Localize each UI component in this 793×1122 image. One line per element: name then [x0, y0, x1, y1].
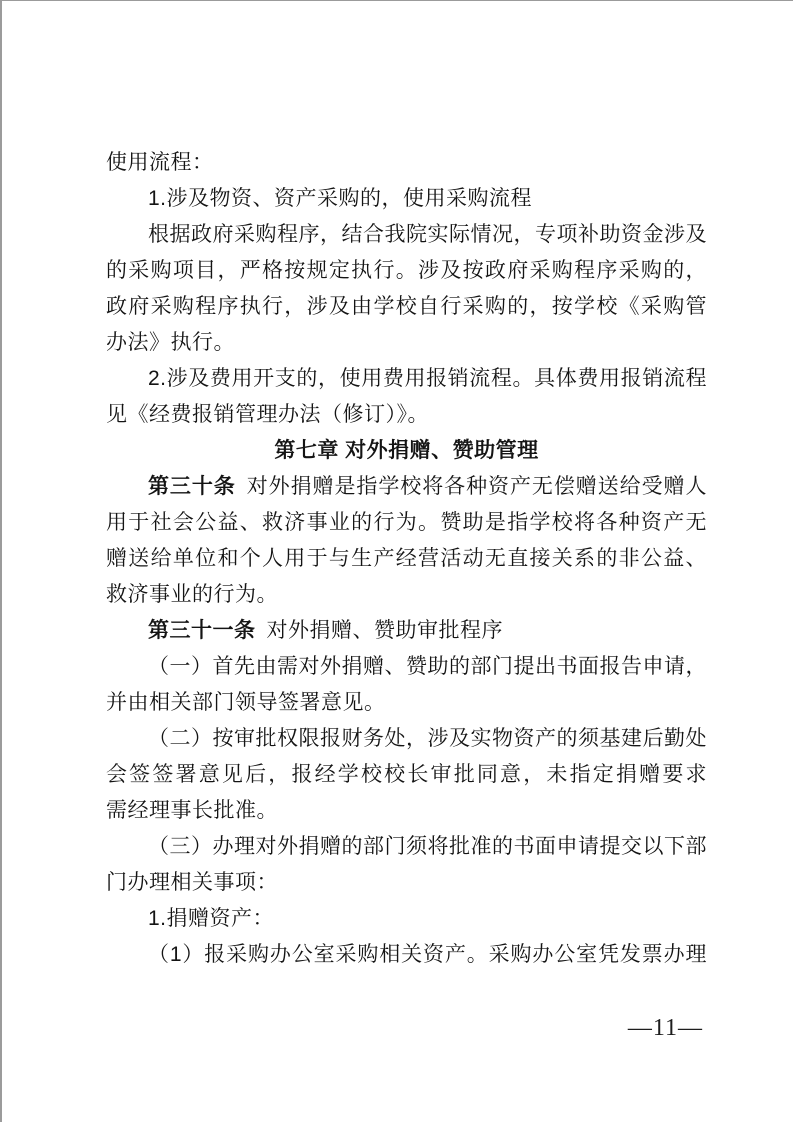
document-body: 使用流程：1.涉及物资、资产采购的，使用采购流程根据政府采购程序，结合我院实际情…: [106, 145, 707, 973]
text-line: 1.涉及物资、资产采购的，使用采购流程: [106, 181, 707, 217]
article-number: 第三十条: [148, 475, 236, 498]
text-line: 办法》执行。: [106, 325, 707, 361]
text-line: 并由相关部门领导签署意见。: [106, 685, 707, 721]
page-number: —11—: [628, 1013, 703, 1043]
text-line: 用于社会公益、救济事业的行为。赞助是指学校将各种资产无偿: [106, 505, 707, 541]
text-line: 第三十条对外捐赠是指学校将各种资产无偿赠送给受赠人: [106, 469, 707, 505]
text-line: 1.捐赠资产：: [106, 901, 707, 937]
text-line: 政府采购程序执行，涉及由学校自行采购的，按学校《采购管理: [106, 289, 707, 325]
article-number: 第三十一条: [148, 619, 256, 642]
text-line: 使用流程：: [106, 145, 707, 181]
text-line: 会签签署意见后，报经学校校长审批同意，未指定捐赠要求的，: [106, 757, 707, 793]
text-line: 根据政府采购程序，结合我院实际情况，专项补助资金涉及: [106, 217, 707, 253]
text-line: 门办理相关事项：: [106, 865, 707, 901]
text-line: 救济事业的行为。: [106, 577, 707, 613]
text-line: （二）按审批权限报财务处，涉及实物资产的须基建后勤处: [106, 721, 707, 757]
document-page: 使用流程：1.涉及物资、资产采购的，使用采购流程根据政府采购程序，结合我院实际情…: [0, 0, 793, 1122]
text-line: 赠送给单位和个人用于与生产经营活动无直接关系的非公益、非: [106, 541, 707, 577]
text-line: 2.涉及费用开支的，使用费用报销流程。具体费用报销流程: [106, 361, 707, 397]
chapter-heading: 第七章 对外捐赠、赞助管理: [106, 433, 707, 469]
text-line: （1）报采购办公室采购相关资产。采购办公室凭发票办理: [106, 937, 707, 973]
text-line: 见《经费报销管理办法（修订）》。: [106, 397, 707, 433]
text-line: 需经理事长批准。: [106, 793, 707, 829]
text-line: （三）办理对外捐赠的部门须将批准的书面申请提交以下部: [106, 829, 707, 865]
text-line: 的采购项目，严格按规定执行。涉及按政府采购程序采购的，按: [106, 253, 707, 289]
text-line: 第三十一条对外捐赠、赞助审批程序: [106, 613, 707, 649]
text-line: （一）首先由需对外捐赠、赞助的部门提出书面报告申请，: [106, 649, 707, 685]
